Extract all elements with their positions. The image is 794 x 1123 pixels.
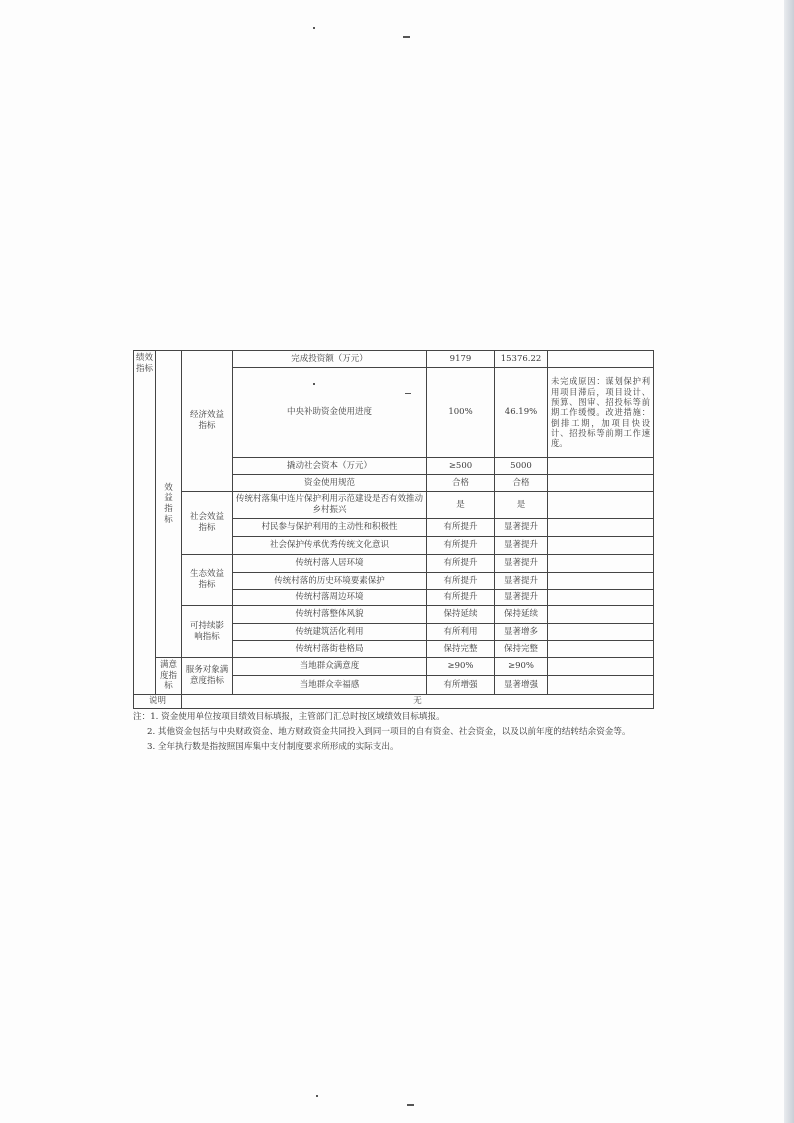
footnote-1: 注：1. 资金使用单位按项目绩效目标填报，主管部门汇总时按区域绩效目标填报。 [133,710,653,725]
target-value: 是 [427,492,495,519]
indicator-name: 传统村落集中连片保护利用示范建设是否有效推动乡村振兴 [233,492,427,519]
actual-value: 保持完整 [495,641,548,658]
note-cell [548,590,654,606]
footnote-3: 3. 全年执行数是指按照国库集中支付制度要求所形成的实际支出。 [133,740,653,755]
note-cell [548,641,654,658]
target-value: 保持延续 [427,606,495,624]
performance-indicator-table: 绩效指标 效益指标 经济效益指标 完成投资额（万元） 9179 15376.22… [133,350,654,709]
category-service: 服务对象满意度指标 [182,658,233,695]
scan-speck [403,36,410,38]
actual-value: 保持延续 [495,606,548,624]
target-value: 有所增强 [427,676,495,695]
scan-speck [313,27,315,29]
level2-benefit-label: 效益指标 [156,351,182,658]
indicator-name: 完成投资额（万元） [233,351,427,368]
indicator-name: 社会保护传承优秀传统文化意识 [233,537,427,555]
target-value: 有所利用 [427,624,495,641]
note-cell [548,658,654,676]
note-cell [548,475,654,492]
table-row: 可持续影响指标 传统村落整体风貌 保持延续 保持延续 [134,606,654,624]
table-row: 绩效指标 效益指标 经济效益指标 完成投资额（万元） 9179 15376.22 [134,351,654,368]
indicator-name: 传统村落的历史环境要素保护 [233,573,427,590]
actual-value: 5000 [495,458,548,475]
level2-satisfaction-label: 满意度指标 [156,658,182,695]
note-cell [548,351,654,368]
note-cell [548,676,654,695]
table-row: 生态效益指标 传统村落人居环境 有所提升 显著提升 [134,555,654,573]
indicator-name: 传统村落人居环境 [233,555,427,573]
scan-edge [784,0,794,1123]
target-value: 有所提升 [427,573,495,590]
target-value: 100% [427,368,495,458]
target-value: 有所提升 [427,555,495,573]
scan-speck [316,1095,318,1097]
level1-label: 绩效指标 [134,351,156,695]
table-row: 满意度指标 服务对象满意度指标 当地群众满意度 ≥90% ≥90% [134,658,654,676]
indicator-name: 传统村落周边环境 [233,590,427,606]
indicator-name: 当地群众满意度 [233,658,427,676]
category-sustainable: 可持续影响指标 [182,606,233,658]
actual-value: 显著提升 [495,555,548,573]
indicator-name: 撬动社会资本（万元） [233,458,427,475]
target-value: 有所提升 [427,519,495,537]
target-value: 有所提升 [427,590,495,606]
target-value: ≥500 [427,458,495,475]
remark-value: 无 [182,695,654,709]
actual-value: 显著提升 [495,573,548,590]
note-cell [548,624,654,641]
actual-value: 合格 [495,475,548,492]
note-cell: 未完成原因：谋划保护利用项目滞后，项目设计、预算、图审、招投标等前期工作缓慢。改… [548,368,654,458]
footnotes: 注：1. 资金使用单位按项目绩效目标填报，主管部门汇总时按区域绩效目标填报。 2… [133,710,653,755]
indicator-name: 资金使用规范 [233,475,427,492]
note-cell [548,492,654,519]
note-cell [548,519,654,537]
remark-label: 说明 [134,695,182,709]
actual-value: 显著提升 [495,537,548,555]
note-cell [548,458,654,475]
target-value: ≥90% [427,658,495,676]
category-ecological: 生态效益指标 [182,555,233,606]
actual-value: 显著增多 [495,624,548,641]
actual-value: 46.19% [495,368,548,458]
actual-value: ≥90% [495,658,548,676]
indicator-name: 当地群众幸福感 [233,676,427,695]
indicator-name: 传统村落整体风貌 [233,606,427,624]
target-value: 9179 [427,351,495,368]
category-social: 社会效益指标 [182,492,233,555]
note-cell [548,537,654,555]
indicator-name: 村民参与保护利用的主动性和积极性 [233,519,427,537]
actual-value: 15376.22 [495,351,548,368]
scan-speck [407,1104,414,1106]
target-value: 有所提升 [427,537,495,555]
note-cell [548,555,654,573]
target-value: 保持完整 [427,641,495,658]
actual-value: 显著增强 [495,676,548,695]
footnote-2: 2. 其他资金包括与中央财政资金、地方财政资金共同投入到同一项目的自有资金、社会… [133,725,653,740]
remark-row: 说明 无 [134,695,654,709]
note-cell [548,606,654,624]
actual-value: 显著提升 [495,519,548,537]
table-row: 社会效益指标 传统村落集中连片保护利用示范建设是否有效推动乡村振兴 是 是 [134,492,654,519]
indicator-name: 传统建筑活化利用 [233,624,427,641]
category-economic: 经济效益指标 [182,351,233,492]
target-value: 合格 [427,475,495,492]
note-cell [548,573,654,590]
actual-value: 是 [495,492,548,519]
indicator-name: 传统村落街巷格局 [233,641,427,658]
actual-value: 显著提升 [495,590,548,606]
indicator-name: 中央补助资金使用进度 [233,368,427,458]
